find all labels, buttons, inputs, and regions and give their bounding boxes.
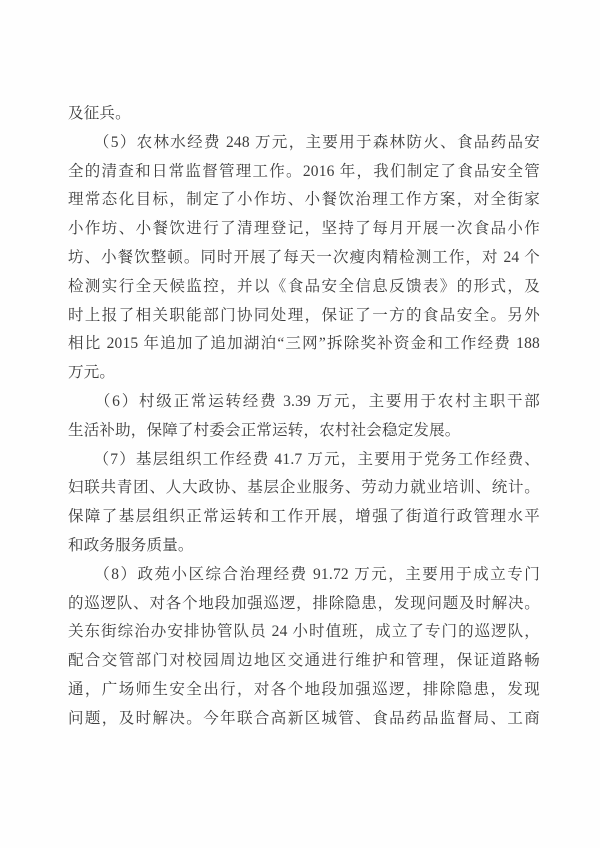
text-line: 时上报了相关职能部门协同处理，保证了一方的食品安全。另外 <box>68 302 540 331</box>
text-line: （6）村级正常运转经费 3.39 万元，主要用于农村主职干部 <box>68 388 540 417</box>
text-line: 及征兵。 <box>68 100 540 129</box>
text-line: 和政务服务质量。 <box>68 532 540 561</box>
text-line: 理常态化目标，制定了小作坊、小餐饮治理工作方案，对全街家 <box>68 186 540 215</box>
text-line: 检测实行全天候监控，并以《食品安全信息反馈表》的形式，及 <box>68 273 540 302</box>
text-line: 小作坊、小餐饮进行了清理登记，坚持了每月开展一次食品小作 <box>68 215 540 244</box>
text-line: 万元。 <box>68 359 540 388</box>
text-line: 坊、小餐饮整顿。同时开展了每天一次瘦肉精检测工作，对 24 个 <box>68 244 540 273</box>
text-line: 全的清查和日常监督管理工作。2016 年，我们制定了食品安全管 <box>68 158 540 187</box>
text-line: 妇联共青团、人大政协、基层企业服务、劳动力就业培训、统计。 <box>68 474 540 503</box>
document-text: 及征兵。 （5）农林水经费 248 万元，主要用于森林防火、食品药品安 全的清查… <box>68 100 540 734</box>
text-line: （8）政苑小区综合治理经费 91.72 万元，主要用于成立专门 <box>68 561 540 590</box>
text-line: （5）农林水经费 248 万元，主要用于森林防火、食品药品安 <box>68 129 540 158</box>
text-line: （7）基层组织工作经费 41.7 万元，主要用于党务工作经费、 <box>68 446 540 475</box>
text-line: 保障了基层组织正常运转和工作开展，增强了街道行政管理水平 <box>68 503 540 532</box>
text-line: 生活补助，保障了村委会正常运转，农村社会稳定发展。 <box>68 417 540 446</box>
text-line: 的巡逻队、对各个地段加强巡逻，排除隐患，发现问题及时解决。 <box>68 590 540 619</box>
text-line: 相比 2015 年追加了追加湖泊“三网”拆除奖补资金和工作经费 188 <box>68 330 540 359</box>
text-line: 通，广场师生安全出行，对各个地段加强巡逻，排除隐患，发现 <box>68 676 540 705</box>
document-page: 及征兵。 （5）农林水经费 248 万元，主要用于森林防火、食品药品安 全的清查… <box>0 0 600 848</box>
text-line: 关东街综治办安排协管队员 24 小时值班，成立了专门的巡逻队， <box>68 618 540 647</box>
text-line: 问题，及时解决。今年联合高新区城管、食品药品监督局、工商 <box>68 705 540 734</box>
text-line: 配合交管部门对校园周边地区交通进行维护和管理，保证道路畅 <box>68 647 540 676</box>
